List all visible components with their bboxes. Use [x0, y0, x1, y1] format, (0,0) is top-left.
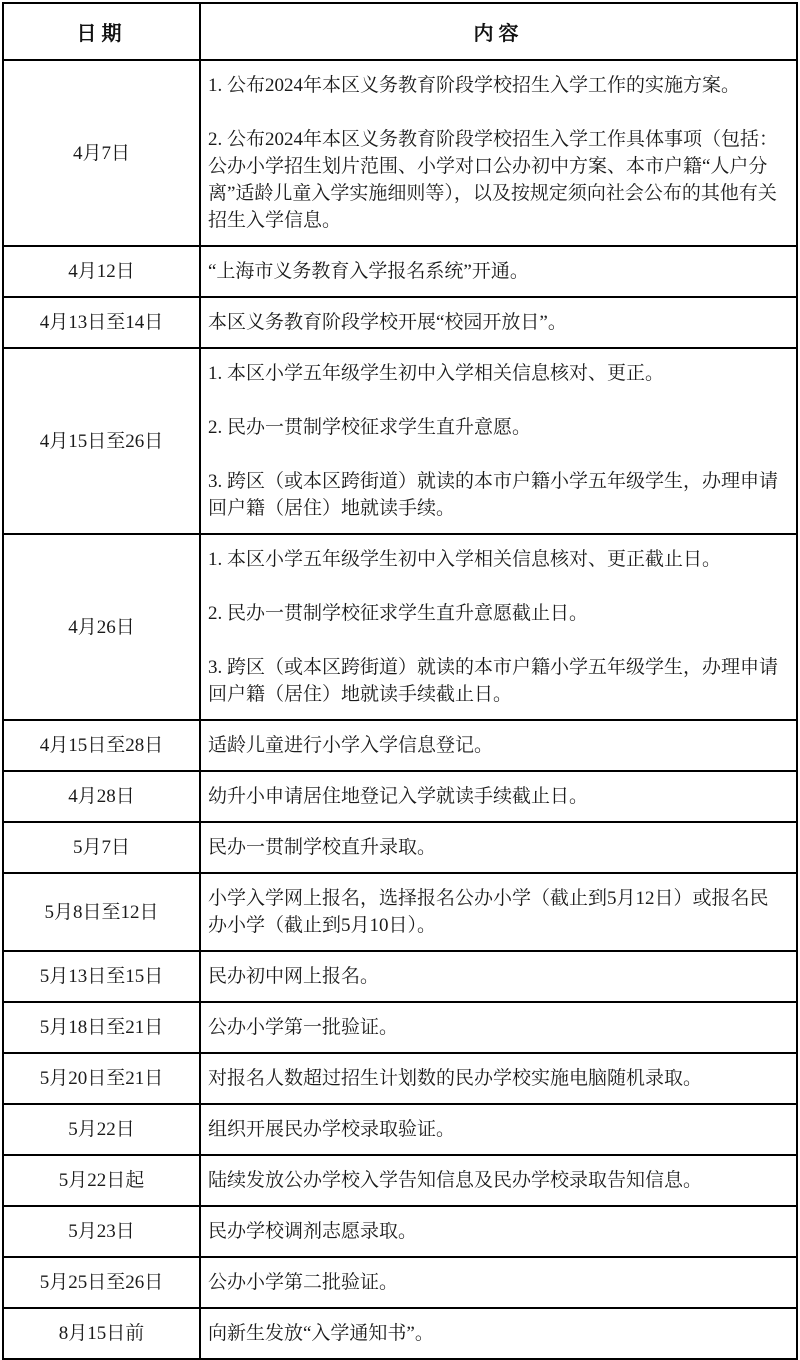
date-cell: 5月8日至12日 — [3, 873, 200, 951]
table-header: 日期 内容 — [3, 3, 797, 60]
table-row: 5月23日民办学校调剂志愿录取。 — [3, 1206, 797, 1257]
content-paragraph: 2. 公布2024年本区义务教育阶段学校招生入学工作具体事项（包括：公办小学招生… — [208, 126, 786, 234]
date-cell: 5月23日 — [3, 1206, 200, 1257]
content-cell: 小学入学网上报名，选择报名公办小学（截止到5月12日）或报名民办小学（截止到5月… — [200, 873, 797, 951]
table-row: 4月13日至14日本区义务教育阶段学校开展“校园开放日”。 — [3, 297, 797, 348]
date-cell: 8月15日前 — [3, 1308, 200, 1359]
content-cell: 公办小学第一批验证。 — [200, 1002, 797, 1053]
table-row: 5月22日起陆续发放公办学校入学告知信息及民办学校录取告知信息。 — [3, 1155, 797, 1206]
header-cell-content: 内容 — [200, 3, 797, 60]
content-paragraph: 3. 跨区（或本区跨街道）就读的本市户籍小学五年级学生，办理申请回户籍（居住）地… — [208, 468, 786, 522]
date-cell: 4月28日 — [3, 771, 200, 822]
table-row: 5月7日民办一贯制学校直升录取。 — [3, 822, 797, 873]
table-row: 4月15日至28日适龄儿童进行小学入学信息登记。 — [3, 720, 797, 771]
content-paragraph: 2. 民办一贯制学校征求学生直升意愿截止日。 — [208, 600, 786, 627]
date-cell: 5月13日至15日 — [3, 951, 200, 1002]
date-cell: 5月7日 — [3, 822, 200, 873]
date-cell: 4月13日至14日 — [3, 297, 200, 348]
content-cell: 适龄儿童进行小学入学信息登记。 — [200, 720, 797, 771]
table-row: 4月28日幼升小申请居住地登记入学就读手续截止日。 — [3, 771, 797, 822]
table-row: 5月18日至21日公办小学第一批验证。 — [3, 1002, 797, 1053]
date-cell: 5月20日至21日 — [3, 1053, 200, 1104]
content-cell: 组织开展民办学校录取验证。 — [200, 1104, 797, 1155]
content-cell: 向新生发放“入学通知书”。 — [200, 1308, 797, 1359]
table-row: 5月22日组织开展民办学校录取验证。 — [3, 1104, 797, 1155]
table-row: 5月25日至26日公办小学第二批验证。 — [3, 1257, 797, 1308]
content-cell: 1. 本区小学五年级学生初中入学相关信息核对、更正截止日。2. 民办一贯制学校征… — [200, 534, 797, 720]
content-cell: 公办小学第二批验证。 — [200, 1257, 797, 1308]
date-cell: 4月26日 — [3, 534, 200, 720]
content-paragraph: “上海市义务教育入学报名系统”开通。 — [208, 258, 786, 285]
content-paragraph: 向新生发放“入学通知书”。 — [208, 1320, 786, 1347]
content-paragraph: 对报名人数超过招生计划数的民办学校实施电脑随机录取。 — [208, 1065, 786, 1092]
table-row: 8月15日前向新生发放“入学通知书”。 — [3, 1308, 797, 1359]
schedule-table: 日期 内容 4月7日1. 公布2024年本区义务教育阶段学校招生入学工作的实施方… — [2, 2, 798, 1360]
header-row: 日期 内容 — [3, 3, 797, 60]
content-paragraph: 适龄儿童进行小学入学信息登记。 — [208, 732, 786, 759]
table-row: 4月26日1. 本区小学五年级学生初中入学相关信息核对、更正截止日。2. 民办一… — [3, 534, 797, 720]
date-cell: 5月22日 — [3, 1104, 200, 1155]
table-row: 4月7日1. 公布2024年本区义务教育阶段学校招生入学工作的实施方案。2. 公… — [3, 60, 797, 246]
content-cell: 陆续发放公办学校入学告知信息及民办学校录取告知信息。 — [200, 1155, 797, 1206]
content-paragraph: 陆续发放公办学校入学告知信息及民办学校录取告知信息。 — [208, 1167, 786, 1194]
content-cell: 本区义务教育阶段学校开展“校园开放日”。 — [200, 297, 797, 348]
content-paragraph: 民办一贯制学校直升录取。 — [208, 834, 786, 861]
table-body: 4月7日1. 公布2024年本区义务教育阶段学校招生入学工作的实施方案。2. 公… — [3, 60, 797, 1359]
content-paragraph: 组织开展民办学校录取验证。 — [208, 1116, 786, 1143]
date-cell: 4月7日 — [3, 60, 200, 246]
table-row: 4月15日至26日1. 本区小学五年级学生初中入学相关信息核对、更正。2. 民办… — [3, 348, 797, 534]
date-cell: 4月15日至26日 — [3, 348, 200, 534]
content-paragraph: 1. 本区小学五年级学生初中入学相关信息核对、更正截止日。 — [208, 546, 786, 573]
header-cell-date: 日期 — [3, 3, 200, 60]
table-row: 4月12日“上海市义务教育入学报名系统”开通。 — [3, 246, 797, 297]
content-cell: 民办学校调剂志愿录取。 — [200, 1206, 797, 1257]
content-paragraph: 幼升小申请居住地登记入学就读手续截止日。 — [208, 783, 786, 810]
content-paragraph: 1. 本区小学五年级学生初中入学相关信息核对、更正。 — [208, 360, 786, 387]
content-cell: 1. 本区小学五年级学生初中入学相关信息核对、更正。2. 民办一贯制学校征求学生… — [200, 348, 797, 534]
content-cell: 民办一贯制学校直升录取。 — [200, 822, 797, 873]
content-paragraph: 3. 跨区（或本区跨街道）就读的本市户籍小学五年级学生，办理申请回户籍（居住）地… — [208, 654, 786, 708]
date-cell: 5月18日至21日 — [3, 1002, 200, 1053]
content-cell: 对报名人数超过招生计划数的民办学校实施电脑随机录取。 — [200, 1053, 797, 1104]
content-paragraph: 民办初中网上报名。 — [208, 963, 786, 990]
table-row: 5月20日至21日对报名人数超过招生计划数的民办学校实施电脑随机录取。 — [3, 1053, 797, 1104]
table-row: 5月8日至12日小学入学网上报名，选择报名公办小学（截止到5月12日）或报名民办… — [3, 873, 797, 951]
content-paragraph: 公办小学第一批验证。 — [208, 1014, 786, 1041]
content-cell: 幼升小申请居住地登记入学就读手续截止日。 — [200, 771, 797, 822]
content-paragraph: 本区义务教育阶段学校开展“校园开放日”。 — [208, 309, 786, 336]
content-paragraph: 2. 民办一贯制学校征求学生直升意愿。 — [208, 414, 786, 441]
table-row: 5月13日至15日民办初中网上报名。 — [3, 951, 797, 1002]
content-paragraph: 1. 公布2024年本区义务教育阶段学校招生入学工作的实施方案。 — [208, 72, 786, 99]
date-cell: 4月15日至28日 — [3, 720, 200, 771]
date-cell: 5月25日至26日 — [3, 1257, 200, 1308]
date-cell: 4月12日 — [3, 246, 200, 297]
content-cell: “上海市义务教育入学报名系统”开通。 — [200, 246, 797, 297]
content-cell: 1. 公布2024年本区义务教育阶段学校招生入学工作的实施方案。2. 公布202… — [200, 60, 797, 246]
content-paragraph: 民办学校调剂志愿录取。 — [208, 1218, 786, 1245]
content-cell: 民办初中网上报名。 — [200, 951, 797, 1002]
date-cell: 5月22日起 — [3, 1155, 200, 1206]
content-paragraph: 小学入学网上报名，选择报名公办小学（截止到5月12日）或报名民办小学（截止到5月… — [208, 885, 786, 939]
content-paragraph: 公办小学第二批验证。 — [208, 1269, 786, 1296]
